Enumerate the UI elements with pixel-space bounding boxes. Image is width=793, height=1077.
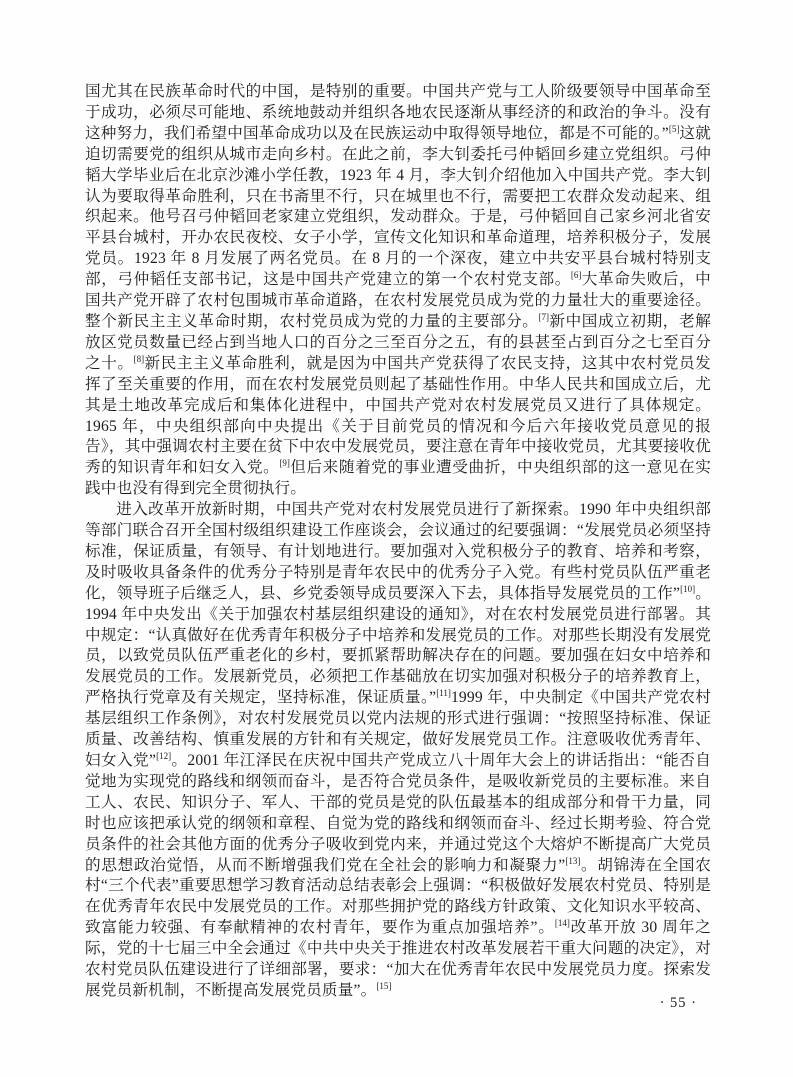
text-body: 国尤其在民族革命时代的中国，是特别的重要。中国共产党与工人阶级要领导中国革命至于… bbox=[85, 82, 711, 1002]
footnote-reference: [7] bbox=[539, 312, 550, 322]
footnote-reference: [10] bbox=[680, 584, 695, 594]
footnote-reference: [11] bbox=[436, 688, 451, 698]
footnote-reference: [12] bbox=[156, 751, 171, 761]
footnote-reference: [9] bbox=[279, 458, 290, 468]
footnote-reference: [6] bbox=[571, 270, 582, 280]
paragraph: 进入改革开放新时期，中国共产党对农村发展党员进行了新探索。1990 年中央组织部… bbox=[85, 500, 711, 1002]
footnote-reference: [15] bbox=[376, 981, 391, 991]
footnote-reference: [14] bbox=[555, 918, 570, 928]
footnote-reference: [8] bbox=[134, 354, 145, 364]
page-number: · 55 · bbox=[85, 995, 697, 1012]
paragraph: 国尤其在民族革命时代的中国，是特别的重要。中国共产党与工人阶级要领导中国革命至于… bbox=[85, 82, 711, 500]
footnote-reference: [13] bbox=[565, 855, 580, 865]
footnote-reference: [5] bbox=[669, 124, 680, 134]
document-page: 国尤其在民族革命时代的中国，是特别的重要。中国共产党与工人阶级要领导中国革命至于… bbox=[0, 0, 793, 1077]
